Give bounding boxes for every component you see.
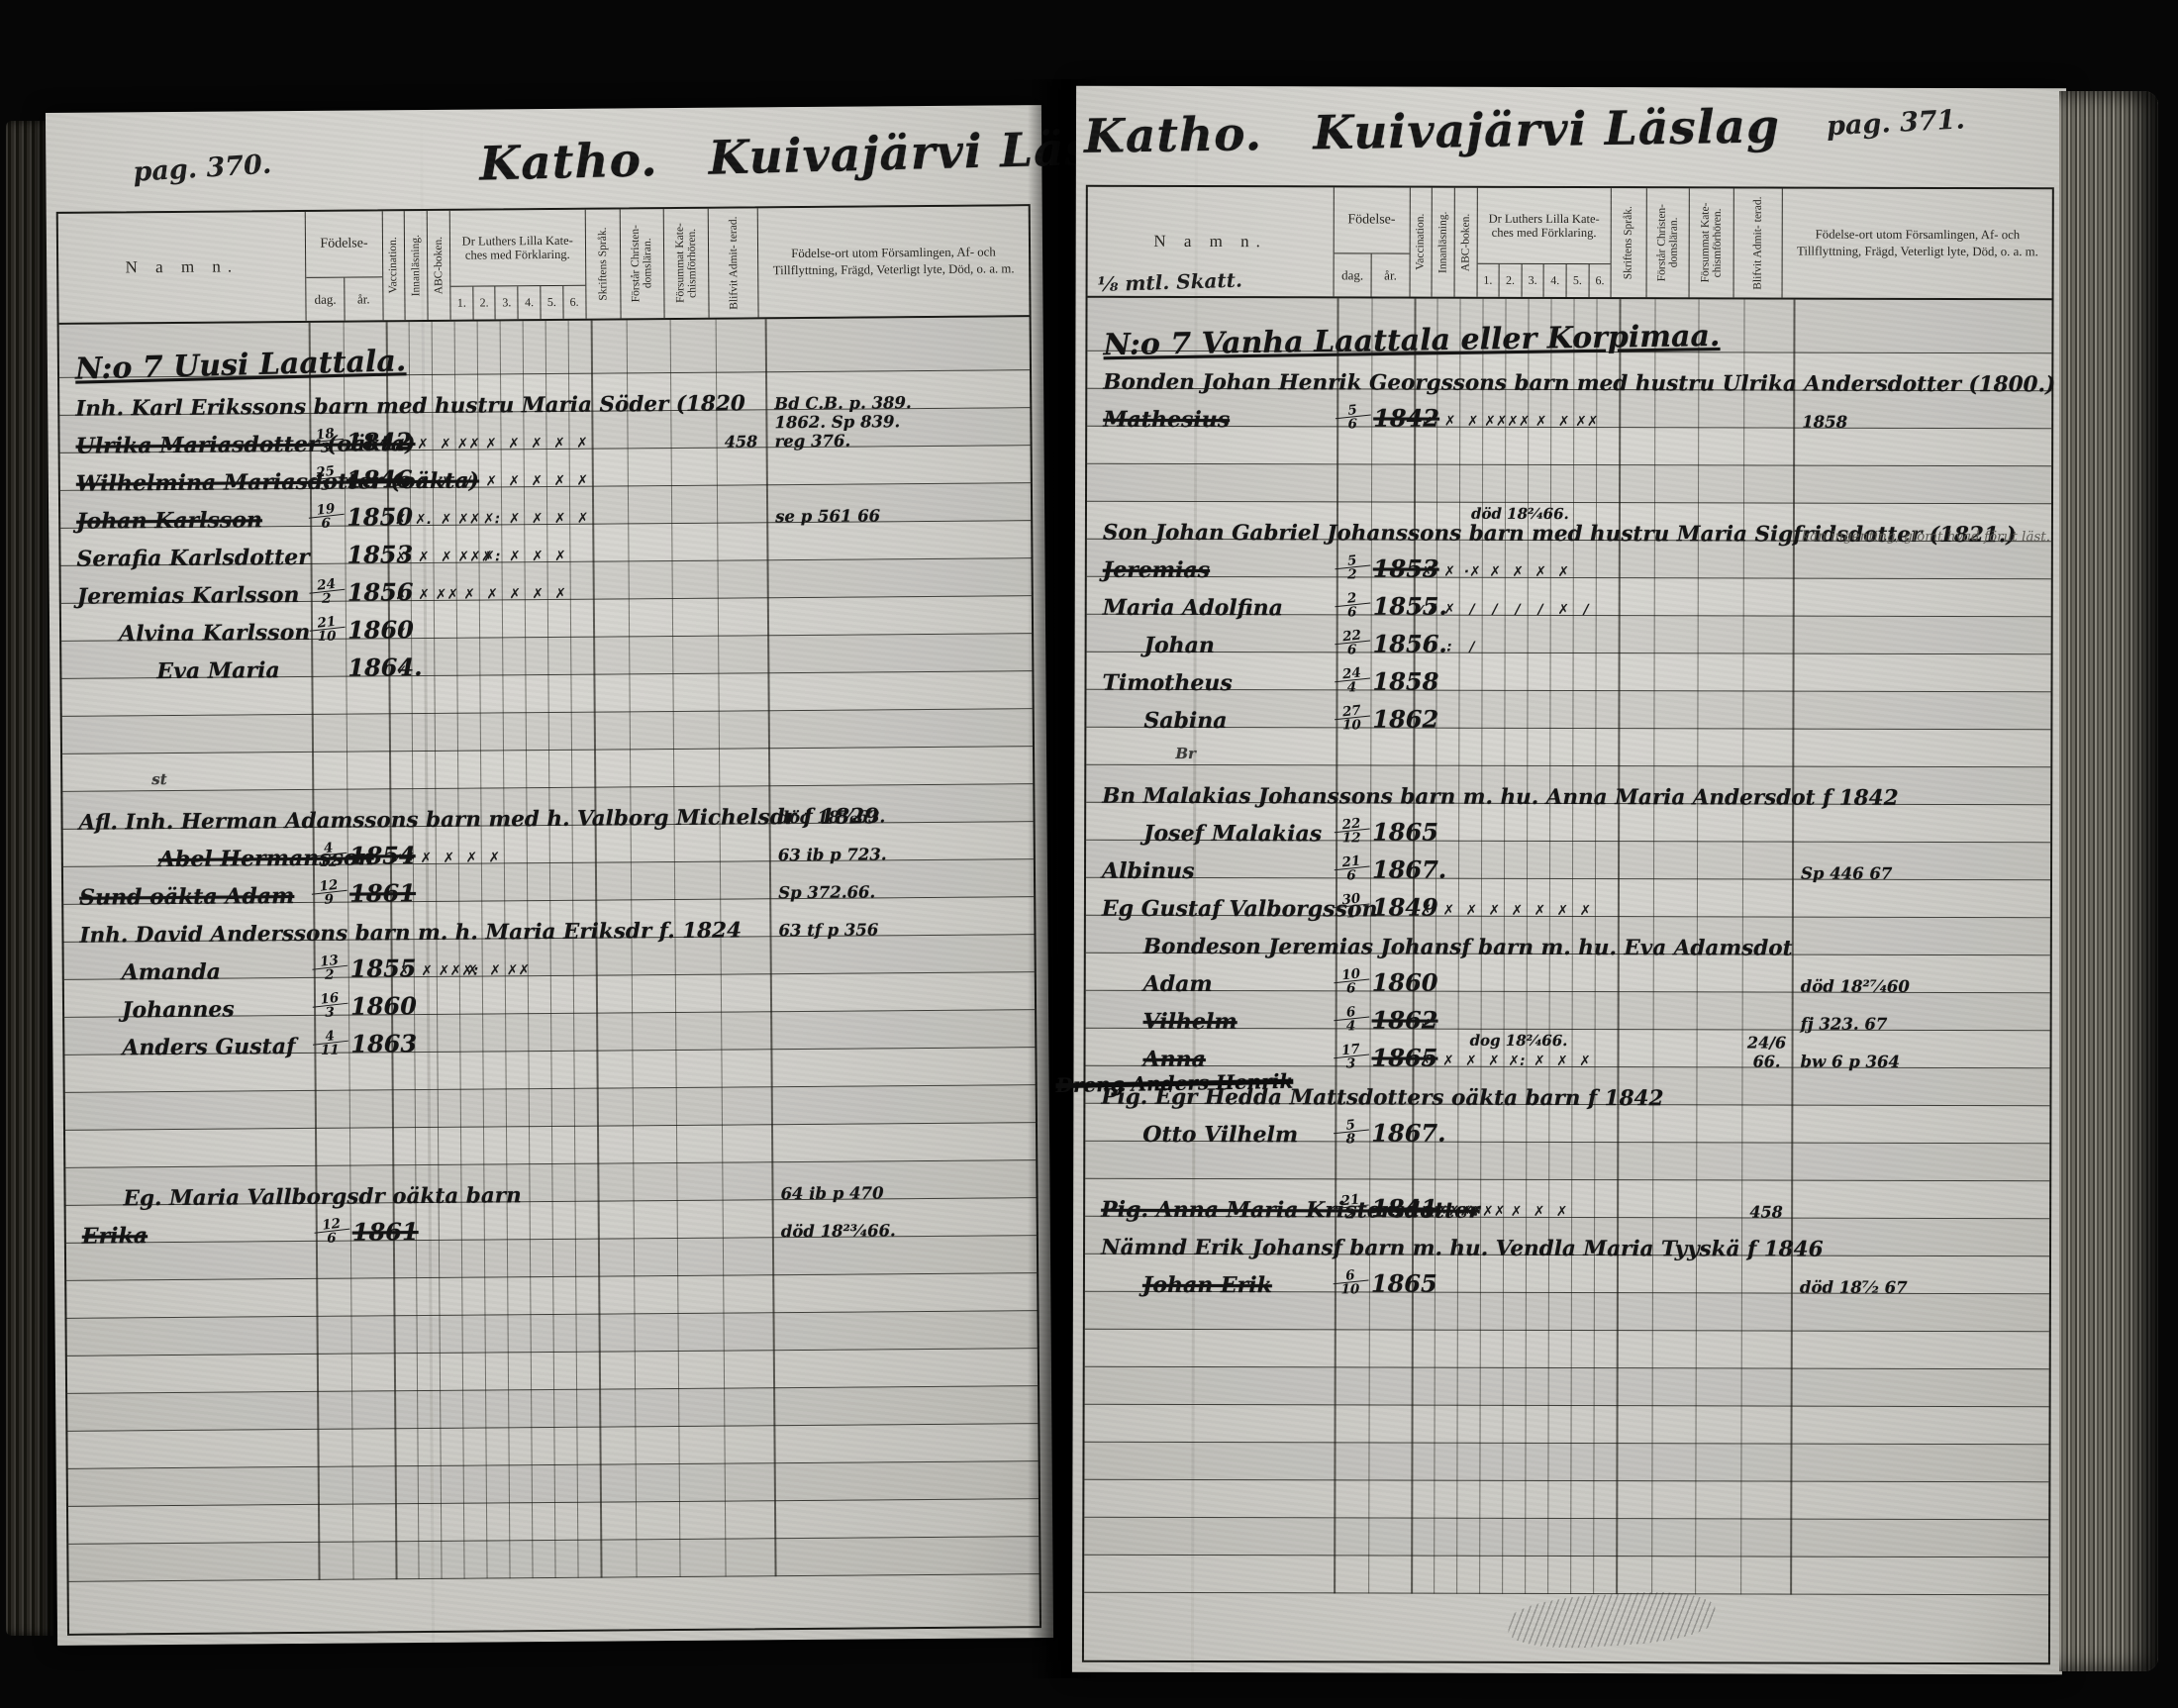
entry-birth-year: 1849 <box>1372 892 1438 921</box>
page-title-part2: Kuivajärvi Läslag <box>1313 99 1780 160</box>
table-row <box>1085 1367 2049 1408</box>
mantal-note: ⅛ mtl. Skatt. <box>1097 268 1242 297</box>
entry-name: Timotheus <box>1102 670 1232 696</box>
ledger-table: N a m n. Födelse- dag. år. Vaccination. … <box>56 204 1041 1636</box>
entry-name: Bn Malakias Johanssons barn m. hu. Anna … <box>1102 784 1898 811</box>
entry-name: Eva Maria <box>156 657 279 684</box>
entry-remark: Sp 372.66. <box>778 882 1038 903</box>
entry-birth-year: 1862 <box>1372 704 1438 733</box>
col-forsummat-katechismforhoren: Försummat Kate- chismförhören. <box>662 209 708 318</box>
entry-name: Inh. Karl Erikssons barn med hustru Mari… <box>75 391 745 421</box>
entry-birth-day: 2212 <box>1334 818 1369 846</box>
entry-birth-year: 1862 <box>1372 1005 1438 1034</box>
entry-remark: död 18²⁷⁄₄60 <box>1801 978 2060 998</box>
table-row <box>1085 1330 2049 1370</box>
entry-name: Bondeson Jeremias Johansf barn m. hu. Ev… <box>1143 935 1793 961</box>
entry-admitted-value: 458 <box>716 432 765 451</box>
entry-exam-marks: ✗✗✗✗✗✗✗✗✗✗ <box>389 436 594 453</box>
table-row <box>1084 1480 2048 1521</box>
entry-birth-year: 1855. <box>1373 591 1447 620</box>
col-remarks: Födelse-ort utom Församlingen, Af- och T… <box>1782 189 2052 299</box>
col-luthers-subcolumns: 1. 2. 3. 4. 5. 6. <box>1477 263 1611 297</box>
entry-name: Jeremias Karlsson <box>77 582 300 610</box>
col-luthers-katekes: Dr Luthers Lilla Kate- ches med Förklari… <box>1476 188 1611 297</box>
entry-name: Vilhelm <box>1143 1009 1237 1035</box>
entry-birth-year: 1842 <box>1373 403 1439 432</box>
entry-exam-marks: ✗✗·✗✗✗✗✗ <box>1416 564 1575 580</box>
entry-birth-day: 163 <box>312 993 347 1021</box>
col-dag: dag. <box>1334 253 1370 296</box>
col-innanlasning: Innanläsning. <box>404 211 428 320</box>
col-innanlasning: Innanläsning. <box>1432 188 1454 297</box>
entry-birth-year: 1863 <box>350 1029 417 1058</box>
entry-name: Mathesius <box>1103 407 1230 433</box>
entry-name: Eg. Maria Vallborgsdr oäkta barn <box>123 1183 521 1211</box>
entry-name: Maria Adolfina <box>1103 595 1283 621</box>
table-row: Bn Malakias Johanssons barn m. hu. Anna … <box>1086 765 2050 806</box>
entry-remark: död 18⁷⁄₂ 67 <box>1800 1279 2059 1299</box>
col-vaccination: Vaccination. <box>381 211 405 320</box>
entry-name-overwrite: Dreng Anders Henrik <box>1055 1069 1293 1097</box>
col-luthers-subcolumns: 1. 2. 3. 4. 5. 6. <box>450 285 585 320</box>
entry-birth-year: 1861 <box>349 878 416 908</box>
entry-birth-year: 1856. <box>1373 629 1447 657</box>
table-row: Br <box>1086 728 2050 768</box>
page-title: Katho. Kuivajärvi Läslag <box>1084 99 1781 163</box>
entry-birth-day: 106 <box>1334 968 1369 996</box>
col-blifvit-admitterad: Blifvit Admit- terad. <box>1733 188 1782 297</box>
left-page-head: pag. 370. Katho. Kuivajärvi Läslag <box>46 105 1042 212</box>
entry-birth-day: 412 <box>311 843 346 870</box>
col-forstar-christendomslaran: Förstår Christen- domsläran. <box>620 209 663 318</box>
entry-birth-day: 196 <box>308 504 344 532</box>
entry-birth-year: 1861 <box>352 1217 419 1247</box>
entry-remark: Bd C.B. p. 389. <box>774 393 1034 414</box>
entry-birth-day: 126 <box>314 1219 349 1247</box>
right-page-head: Katho. Kuivajärvi Läslag pag. 371. <box>1076 86 2066 188</box>
entry-birth-day: 253 <box>308 466 344 494</box>
entry-exam-marks: ✗✗✗✗✗✗✗✗ <box>1415 903 1597 919</box>
table-row <box>1084 1518 2048 1558</box>
entry-birth-day: 129 <box>311 880 346 908</box>
table-row: Pig. Anna Maria Kristersdotter 212 1841 … <box>1085 1179 2049 1220</box>
col-fodelse: Födelse- dag. år. <box>1333 187 1409 296</box>
entry-remark: bw 6 p 364 <box>1800 1054 2059 1073</box>
col-remarks: Födelse-ort utom Församlingen, Af- och T… <box>756 206 1029 317</box>
entry-name: Sabina <box>1143 708 1227 734</box>
entry-name: Johannes <box>122 997 235 1024</box>
entry-inline-note: död 18²⁄₄66. <box>1471 505 1569 523</box>
table-row <box>1087 464 2051 505</box>
entry-birth-year: 1867. <box>1372 854 1446 883</box>
entry-birth-day: 132 <box>312 955 347 983</box>
entry-name: Wilhelmina Mariasdotter (oäkta) <box>76 468 479 497</box>
table-row: Afl. Inh. Herman Adamssons barn med h. V… <box>62 784 1033 830</box>
col-namn: N a m n. <box>58 212 306 323</box>
entry-birth-day: 56 <box>1335 404 1370 432</box>
entry-birth-year: 1860 <box>350 991 417 1021</box>
entry-remark: 64 ib p 470 <box>780 1183 1039 1204</box>
entry-birth-day: 212 <box>1333 1194 1368 1222</box>
entry-birth-day: 216 <box>1334 855 1369 883</box>
entry-remark: 1858 <box>1802 414 2061 434</box>
ledger-table: N a m n. ⅛ mtl. Skatt. Födelse- dag. år.… <box>1082 185 2054 1665</box>
entry-birth-day: 2710 <box>1334 705 1369 733</box>
table-header: N a m n. ⅛ mtl. Skatt. Födelse- dag. år.… <box>1088 187 2052 301</box>
entry-admitted-value: 24/6 66. <box>1741 1033 1791 1070</box>
entry-birth-day: 610 <box>1333 1269 1368 1297</box>
entry-birth-year: 1865 <box>1371 1268 1437 1297</box>
table-row: Eg. Maria Vallborgsdr oäkta barn 64 ib p… <box>65 1160 1036 1206</box>
entry-birth-year: 1865 <box>1371 1043 1437 1071</box>
entry-exam-marks: ✓✗✗✗✗✗✗✗✗✗✗ <box>1416 414 1598 430</box>
entry-exam-marks: ✗✗.✗✗✗✗:✗✗✗✗ <box>389 511 594 529</box>
col-abc-boken: ABC-boken. <box>1453 188 1476 297</box>
entry-birth-day: 226 <box>1335 630 1370 657</box>
entry-name: Jeremias <box>1103 557 1210 583</box>
entry-name: Albinus <box>1102 858 1195 884</box>
right-page: Katho. Kuivajärvi Läslag pag. 371. N a m… <box>1072 86 2066 1675</box>
entry-birth-year: 1865 <box>1372 817 1438 846</box>
col-ar: år. <box>344 277 382 320</box>
entry-birth-year: 1858 <box>1372 666 1438 695</box>
entry-name: Serafia Karlsdotter <box>76 545 310 572</box>
table-row: N:o 7 Vanha Laattala eller Korpimaa. <box>1087 298 2051 354</box>
entry-remark: se p 561 66 <box>775 506 1035 527</box>
entry-birth-year: 1841 <box>1371 1193 1437 1222</box>
entry-remark: fj 323. 67 <box>1801 1016 2060 1036</box>
entry-birth-day: 64 <box>1334 1006 1369 1034</box>
entry-admitted-value: 458 <box>1741 1202 1791 1221</box>
page-number: pag. 371. <box>1826 104 1965 142</box>
entry-name: Alvina Karlsson <box>119 620 310 648</box>
entry-exam-marks: ✗✗✗✗✗✗✗✗✗ <box>390 586 572 603</box>
entry-remark: kan ingenting, glömt hvad förut läst. <box>1802 530 2061 546</box>
entry-remark: död 18²³⁄₄66. <box>781 1221 1040 1242</box>
entry-birth-year: 1860 <box>347 615 414 645</box>
entry-name: Otto Vilhelm <box>1142 1122 1298 1148</box>
entry-birth-day: 58 <box>1333 1119 1368 1147</box>
entry-inline-note: dog 18²⁄₄66. <box>1470 1032 1568 1050</box>
col-skriftens-sprak: Skriftens Språk. <box>584 209 621 318</box>
entry-birth-day: 2110 <box>309 617 345 645</box>
entry-birth-year: 1864. <box>347 653 422 682</box>
entry-birth-day: 173 <box>1333 1044 1368 1071</box>
col-luthers-katekes: Dr Luthers Lilla Kate- ches med Förklari… <box>449 210 585 320</box>
table-body-right: N:o 7 Vanha Laattala eller Korpimaa. Bon… <box>1084 298 2051 1596</box>
entry-name: Josef Malakias <box>1143 821 1322 847</box>
page-title-part1: Katho. <box>1084 107 1263 164</box>
entry-remark: 63 ib p 723. <box>778 845 1038 865</box>
entry-remark: 1862. Sp 839. reg 376. <box>774 412 1034 452</box>
entry-exam-marks: ✗✗✗✗✗✗✗:✗✗✗ <box>389 549 571 565</box>
entry-name: Anders Gustaf <box>122 1034 295 1060</box>
book-scan: pag. 370. Katho. Kuivajärvi Läslag N a m… <box>0 0 2178 1708</box>
entry-remark: död 18⁵⁄₆63. <box>777 807 1037 828</box>
table-row: Timotheus 244 1858 ✓ <box>1087 653 2051 693</box>
col-dag: dag. <box>307 278 345 321</box>
entry-birth-year: 1842 <box>346 427 412 456</box>
col-skriftens-sprak: Skriftens Språk. <box>1611 188 1646 297</box>
col-forsummat-katechismforhoren: Försummat Kate- chismförhören. <box>1689 188 1734 297</box>
entry-name: Inh. David Anderssons barn m. h. Maria E… <box>79 918 742 948</box>
entry-name: st <box>151 770 167 788</box>
entry-name: Nämnd Erik Johansf barn m. hu. Vendla Ma… <box>1101 1236 1824 1262</box>
entry-name: Sund oäkta Adam <box>79 883 294 911</box>
entry-name: Adam <box>1143 971 1213 997</box>
entry-birth-day: 242 <box>309 579 345 607</box>
col-forstar-christendomslaran: Förstår Christen- domsläran. <box>1645 188 1689 297</box>
table-row: Son Johan Gabriel Johanssons barn med hu… <box>1087 502 2051 543</box>
entry-name: Anna <box>1142 1047 1205 1072</box>
entry-birth-day: 244 <box>1334 667 1369 695</box>
page-number: pag. 370. <box>133 150 272 188</box>
col-fodelse-label: Födelse- <box>1335 187 1410 252</box>
right-page-edges <box>2059 91 2158 1671</box>
table-row <box>1084 1443 2048 1483</box>
entry-remark: Sp 446 67 <box>1801 865 2060 885</box>
table-row <box>1085 1405 2049 1446</box>
col-vaccination: Vaccination. <box>1409 188 1432 297</box>
entry-birth-year: 1853 <box>346 540 413 569</box>
entry-birth-day: 26 <box>1335 592 1370 620</box>
table-row <box>1084 1556 2048 1596</box>
entry-birth-day: 183 <box>307 429 343 456</box>
col-ar: år. <box>1371 253 1409 296</box>
table-header: N a m n. Födelse- dag. år. Vaccination. … <box>58 206 1030 325</box>
table-row: Maria Adolfina 26 1855. ✓✗✗////✗/ <box>1087 577 2051 618</box>
col-fodelse: Födelse- dag. år. <box>305 211 382 321</box>
left-page: pag. 370. Katho. Kuivajärvi Läslag N a m… <box>46 105 1053 1646</box>
entry-remark: 63 tf p 356 <box>778 920 1038 941</box>
entry-name: Johan <box>1144 633 1215 658</box>
entry-birth-year: 1860 <box>1372 967 1438 996</box>
page-title-part1: Katho. <box>479 133 658 192</box>
col-namn: N a m n. ⅛ mtl. Skatt. <box>1088 187 1334 297</box>
entry-name: Bonden Johan Henrik Georgssons barn med … <box>1103 370 2055 398</box>
table-row: N:o 7 Uusi Laattala. <box>59 317 1030 378</box>
entry-birth-year: 1856 <box>347 577 414 607</box>
entry-birth-day: 52 <box>1335 554 1370 582</box>
left-page-edges <box>6 121 53 1636</box>
entry-name: Johan Karlsson <box>76 507 262 534</box>
entry-name: Erika <box>82 1223 148 1250</box>
entry-birth-year: 1846 <box>346 464 413 494</box>
entry-birth-year: 1853 <box>1373 553 1439 582</box>
entry-name: Br <box>1175 745 1196 762</box>
entry-birth-year: 1854 <box>349 841 416 870</box>
table-body-left: N:o 7 Uusi Laattala. Inh. Karl Erikssons… <box>59 317 1039 1582</box>
col-blifvit-admitterad: Blifvit Admit- terad. <box>708 208 757 317</box>
entry-birth-year: 1855 <box>350 954 417 983</box>
entry-name: Johan Erik <box>1142 1272 1272 1298</box>
col-abc-boken: ABC-boken. <box>427 211 450 320</box>
entry-exam-marks: ✗✗✗✗✗:✗✗✗ <box>1415 1054 1597 1069</box>
entry-birth-day: 411 <box>312 1031 347 1058</box>
entry-birth-day: 301 <box>1334 893 1369 921</box>
entry-birth-year: 1867. <box>1371 1118 1445 1147</box>
entry-name: Amanda <box>122 959 221 986</box>
entry-birth-year: 1850 <box>346 502 413 532</box>
table-row <box>68 1537 1039 1582</box>
col-fodelse-label: Födelse- <box>306 211 382 277</box>
